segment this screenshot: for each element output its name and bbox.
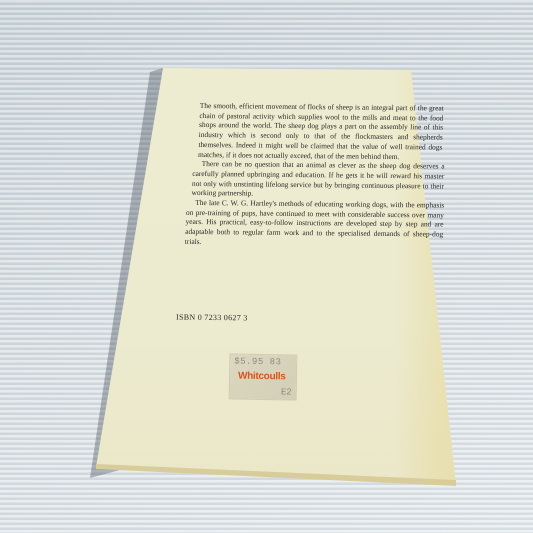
sticker-price: $5.95 83 bbox=[234, 356, 281, 367]
blurb-paragraph: The late C. W. G. Hartley's methods of e… bbox=[185, 198, 445, 249]
blurb-text: The smooth, efficient movement of flocks… bbox=[195, 101, 444, 249]
blurb-paragraph: There can be no question that an animal … bbox=[191, 159, 444, 200]
price-sticker: $5.95 83 Whitcoulls E2 bbox=[230, 354, 297, 399]
isbn: ISBN 0 7233 0627 3 bbox=[176, 313, 248, 323]
sticker-code: E2 bbox=[281, 387, 292, 397]
book-back-cover bbox=[0, 0, 533, 533]
store-logo: Whitcoulls bbox=[238, 371, 286, 383]
blurb-paragraph: The smooth, efficient movement of flocks… bbox=[198, 101, 444, 162]
